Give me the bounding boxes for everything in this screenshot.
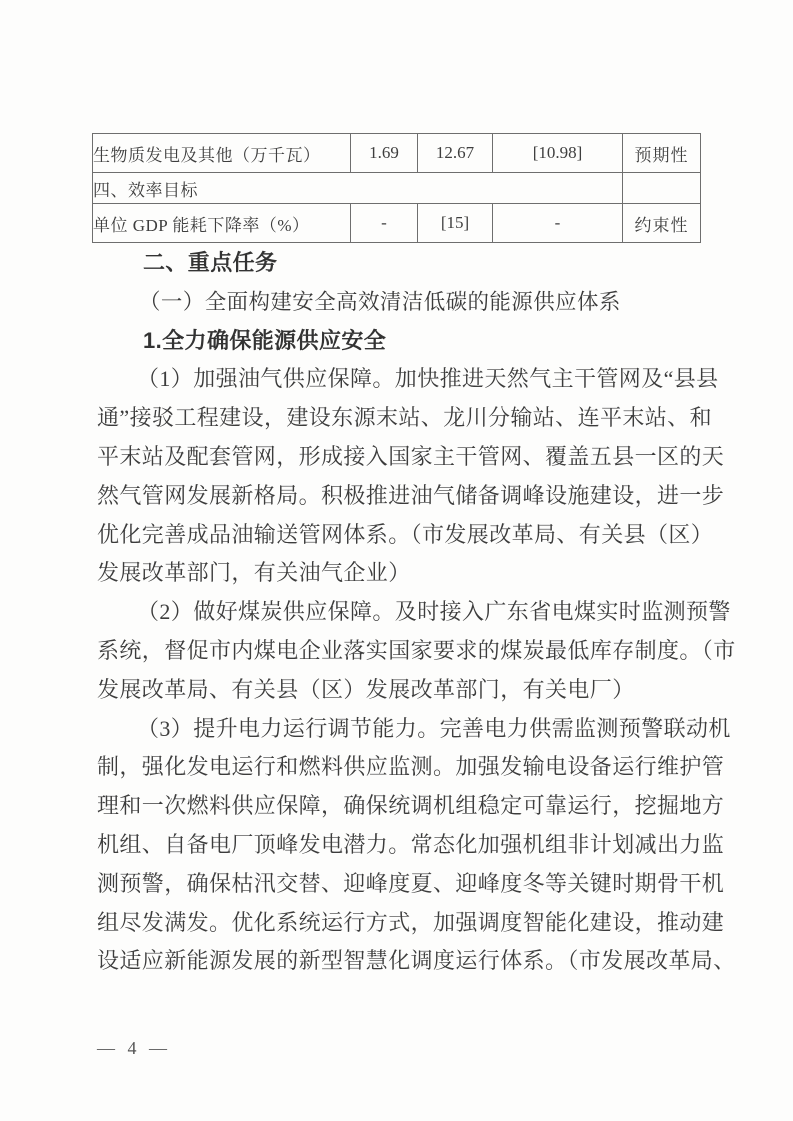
table-cell-section-title: 四、效率目标 [93, 173, 623, 204]
text-line: 制，强化发电运行和燃料供应监测。加强发输电设备运行维护管 [97, 748, 703, 787]
text-line: 组尽发满发。优化系统运行方式，加强调度智能化建设，推动建 [97, 904, 703, 943]
text-line: 设适应新能源发展的新型智慧化调度运行体系。（市发展改革局、 [97, 942, 703, 981]
text-line: 平末站及配套管网，形成接入国家主干管网、覆盖五县一区的天 [97, 438, 703, 477]
table-cell-label: 单位 GDP 能耗下降率（%） [93, 204, 351, 243]
page-number: — 4 — [97, 1038, 171, 1059]
text-line: 然气管网发展新格局。积极推进油气储备调峰设施建设，进一步 [97, 477, 703, 516]
table-cell-value-2: 12.67 [418, 134, 493, 173]
table-cell-label: 生物质发电及其他（万千瓦） [93, 134, 351, 173]
text-line: 发展改革部门，有关油气企业） [97, 554, 703, 593]
text-line: 测预警，确保枯汛交替、迎峰度夏、迎峰度冬等关键时期骨干机 [97, 865, 703, 904]
text-line: 优化完善成品油输送管网体系。（市发展改革局、有关县（区） [97, 516, 703, 555]
table-cell-attribute: 预期性 [623, 134, 701, 173]
table-row-biomass: 生物质发电及其他（万千瓦） 1.69 12.67 [10.98] 预期性 [93, 134, 701, 173]
table-cell-value-3: - [493, 204, 623, 243]
text-line: 发展改革局、有关县（区）发展改革部门，有关电厂） [97, 671, 703, 710]
table-cell-attribute-empty [623, 173, 701, 204]
table-cell-value-2: [15] [418, 204, 493, 243]
document-page: 生物质发电及其他（万千瓦） 1.69 12.67 [10.98] 预期性 四、效… [0, 0, 793, 1121]
table-cell-value-1: - [351, 204, 418, 243]
heading-subsection: （一）全面构建安全高效清洁低碳的能源供应体系 [97, 283, 703, 322]
table-row-efficiency-section: 四、效率目标 [93, 173, 701, 204]
text-line: 理和一次燃料供应保障，确保统调机组稳定可靠运行，挖掘地方 [97, 787, 703, 826]
table-cell-value-3: [10.98] [493, 134, 623, 173]
table-cell-attribute: 约束性 [623, 204, 701, 243]
text-line: 系统，督促市内煤电企业落实国家要求的煤炭最低库存制度。（市 [97, 632, 703, 671]
document-body: 二、重点任务 （一）全面构建安全高效清洁低碳的能源供应体系 1.全力确保能源供应… [97, 244, 703, 981]
heading-item: 1.全力确保能源供应安全 [97, 322, 703, 361]
text-line: （3）提升电力运行调节能力。完善电力供需监测预警联动机 [97, 710, 703, 749]
heading-section: 二、重点任务 [97, 244, 703, 283]
text-line: 通”接驳工程建设，建设东源末站、龙川分输站、连平末站、和 [97, 399, 703, 438]
text-line: （1）加强油气供应保障。加快推进天然气主干管网及“县县 [97, 360, 703, 399]
table-cell-value-1: 1.69 [351, 134, 418, 173]
text-line: （2）做好煤炭供应保障。及时接入广东省电煤实时监测预警 [97, 593, 703, 632]
text-line: 机组、自备电厂顶峰发电潜力。常态化加强机组非计划减出力监 [97, 826, 703, 865]
targets-table: 生物质发电及其他（万千瓦） 1.69 12.67 [10.98] 预期性 四、效… [92, 133, 701, 243]
table-row-gdp-energy: 单位 GDP 能耗下降率（%） - [15] - 约束性 [93, 204, 701, 243]
